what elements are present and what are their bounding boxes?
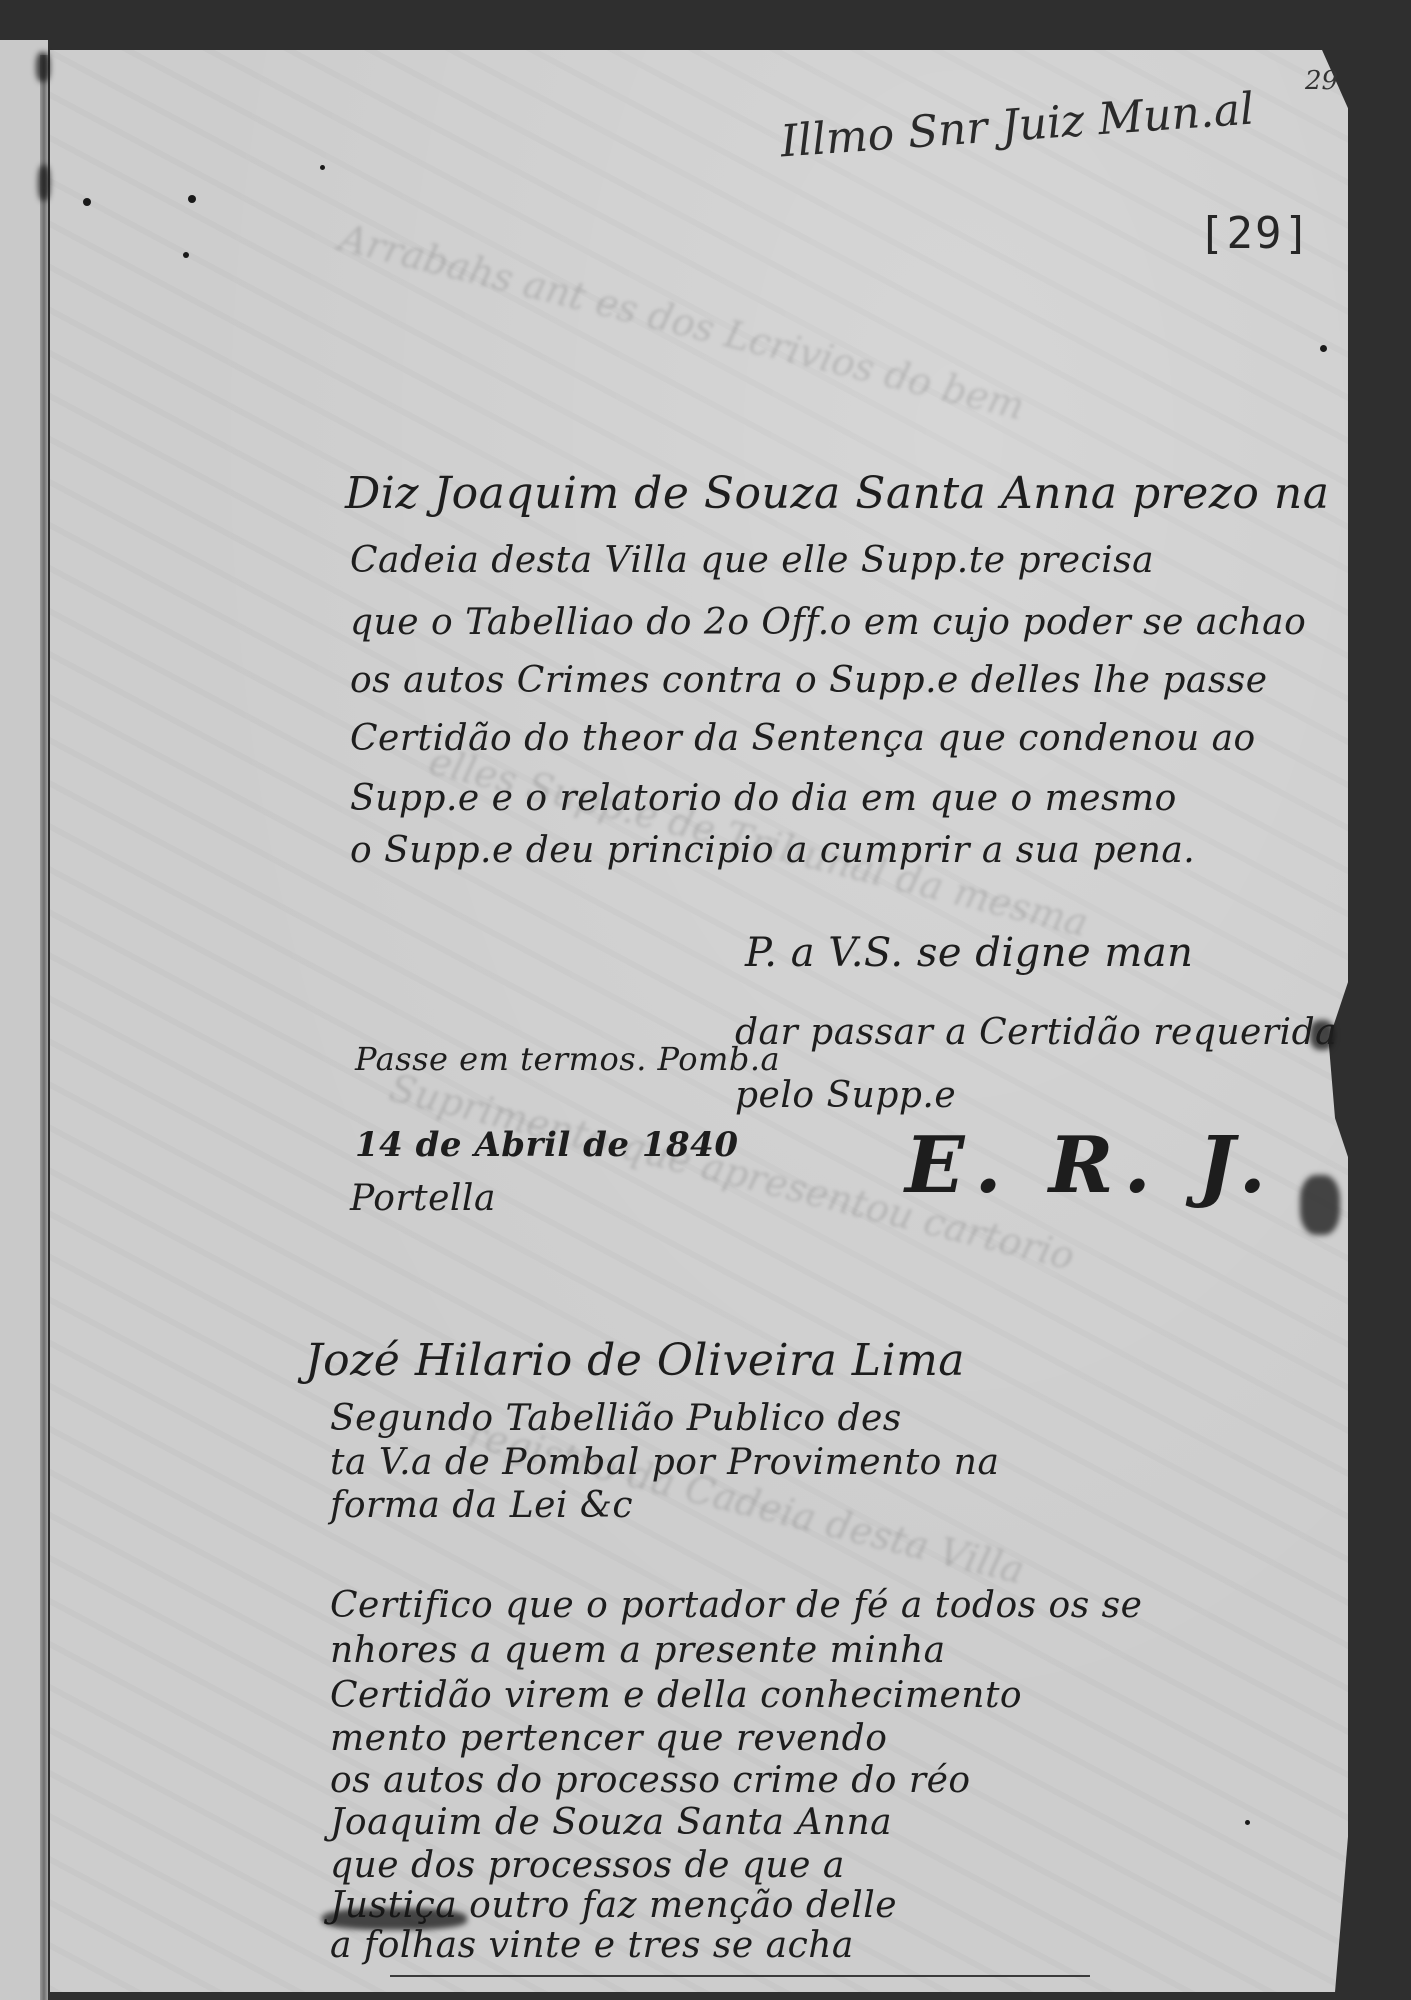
despacho-line: 14 de Abril de 1840 xyxy=(355,1125,739,1165)
petition-line: Certidão do theor da Sentença que conden… xyxy=(350,718,1256,759)
petition-line: Cadeia desta Villa que elle Supp.te prec… xyxy=(350,540,1154,581)
corner-page-number: 29 xyxy=(1305,66,1338,96)
petition-line: que o Tabelliao do 2o Off.o em cujo pode… xyxy=(350,602,1306,643)
certificate-line: a folhas vinte e tres se acha xyxy=(330,1925,854,1966)
petition-line: Supp.e e o relatorio do dia em que o mes… xyxy=(350,778,1177,819)
certificate-line: os autos do processo crime do réo xyxy=(330,1760,971,1801)
petition-line: o Supp.e deu principio a cumprir a sua p… xyxy=(350,830,1195,871)
ink-blot xyxy=(38,165,50,201)
ink-speck xyxy=(83,198,91,206)
ink-speck xyxy=(1245,1820,1250,1825)
certificate-heading-line: ta V.a de Pombal por Provimento na xyxy=(330,1442,999,1483)
ink-speck xyxy=(320,165,325,170)
request-line: dar passar a Certidão requerida xyxy=(735,1012,1337,1053)
petition-line: Diz Joaquim de Souza Santa Anna prezo na xyxy=(345,468,1329,519)
certificate-line: nhores a quem a presente minha xyxy=(330,1630,946,1671)
despacho-signature: Portella xyxy=(350,1178,496,1219)
binding-spine xyxy=(40,55,48,2000)
closing-formula: E. R. J. xyxy=(905,1120,1276,1211)
ink-smear xyxy=(322,1908,467,1930)
request-line: pelo Supp.e xyxy=(735,1075,956,1116)
despacho-line: Passe em termos. Pomb.a xyxy=(355,1040,780,1078)
ink-blot xyxy=(1300,1175,1340,1235)
closing-rule xyxy=(390,1975,1090,1977)
certificate-line: Joaquim de Souza Santa Anna xyxy=(330,1802,892,1843)
folio-number-stamp: [29] xyxy=(1198,208,1312,259)
certificate-line: Certidão virem e della conhecimento xyxy=(330,1675,1022,1716)
petition-line: os autos Crimes contra o Supp.e delles l… xyxy=(350,660,1268,701)
ink-speck xyxy=(188,195,196,203)
request-line: P. a V.S. se digne man xyxy=(745,930,1193,976)
certificate-heading-line: forma da Lei &c xyxy=(330,1485,633,1526)
certificate-heading-line: Segundo Tabellião Publico des xyxy=(330,1398,902,1439)
certificate-line: que dos processos de que a xyxy=(330,1845,845,1886)
ink-blot xyxy=(36,52,50,82)
ink-speck xyxy=(183,252,189,258)
ink-speck xyxy=(1320,345,1327,352)
certificate-line: Certifico que o portador de fé a todos o… xyxy=(330,1585,1142,1626)
certificate-line: mento pertencer que revendo xyxy=(330,1718,887,1759)
certificate-heading-line: Jozé Hilario de Oliveira Lima xyxy=(305,1335,965,1386)
